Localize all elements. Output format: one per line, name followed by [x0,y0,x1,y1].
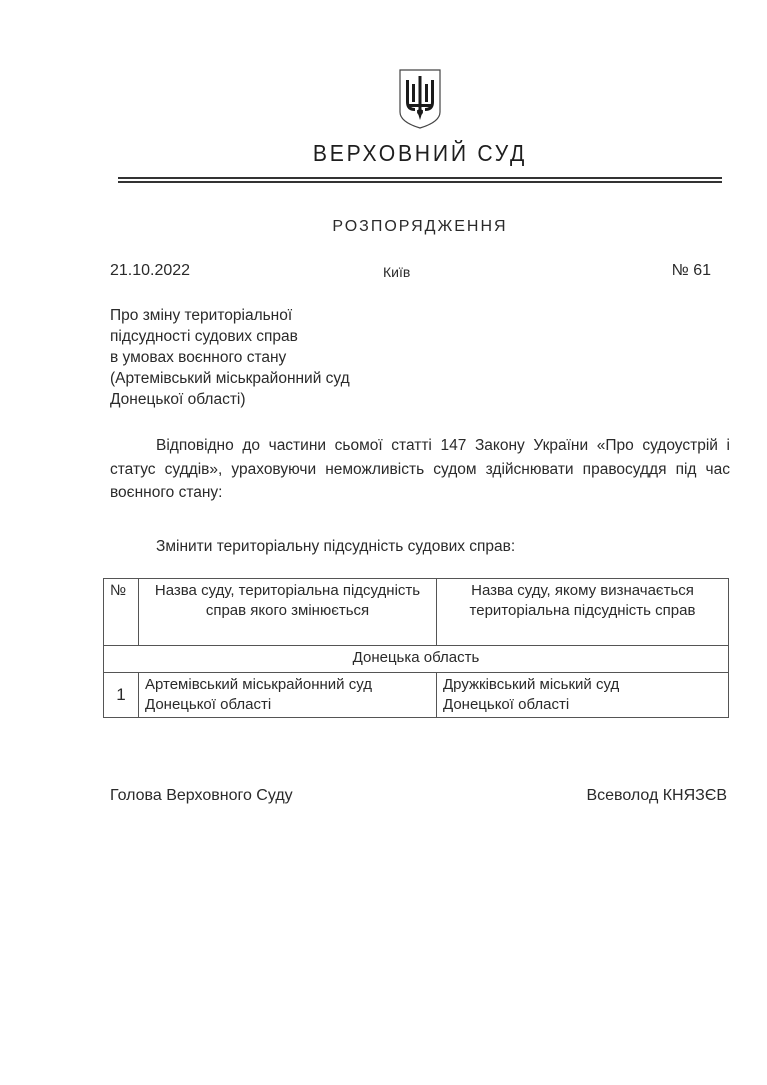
table-header-row: № Назва суду, територіальна підсудність … [104,579,729,646]
to-court-line: Донецької області [443,695,722,715]
region-label: Донецька область [104,646,729,673]
from-court-line: Артемівський міськрайонний суд [145,675,430,695]
subject-line: Донецької області) [110,389,350,410]
organization-title: ВЕРХОВНИЙ СУД [34,140,767,167]
legal-basis-paragraph: Відповідно до частини сьомої статті 147 … [110,434,730,505]
row-num: 1 [104,673,139,718]
subject-line: в умовах воєнного стану [110,347,350,368]
row-to-court: Дружківський міський суд Донецької облас… [437,673,729,718]
document-type-heading: РОЗПОРЯДЖЕННЯ [0,218,767,236]
signatory-name: Всеволод КНЯЗЄВ [586,787,727,805]
signatory-position: Голова Верховного Суду [110,787,293,805]
document-subject: Про зміну територіальної підсудності суд… [110,305,350,410]
header-from-court: Назва суду, територіальна підсудність сп… [139,579,437,646]
header-num: № [104,579,139,646]
header-double-rule [118,177,722,183]
instruction-paragraph: Змінити територіальну підсудність судови… [156,538,515,556]
table-row: 1 Артемівський міськрайонний суд Донецьк… [104,673,729,718]
ukraine-trident-coat-of-arms-icon [398,68,442,130]
document-number: № 61 [672,262,711,280]
document-city: Київ [383,264,410,280]
courts-table: № Назва суду, територіальна підсудність … [103,578,729,718]
header-to-court: Назва суду, якому визначається територіа… [437,579,729,646]
document-date: 21.10.2022 [110,262,190,280]
row-from-court: Артемівський міськрайонний суд Донецької… [139,673,437,718]
from-court-line: Донецької області [145,695,430,715]
subject-line: підсудності судових справ [110,326,350,347]
subject-line: Про зміну територіальної [110,305,350,326]
subject-line: (Артемівський міськрайонний суд [110,368,350,389]
table-region-row: Донецька область [104,646,729,673]
to-court-line: Дружківський міський суд [443,675,722,695]
